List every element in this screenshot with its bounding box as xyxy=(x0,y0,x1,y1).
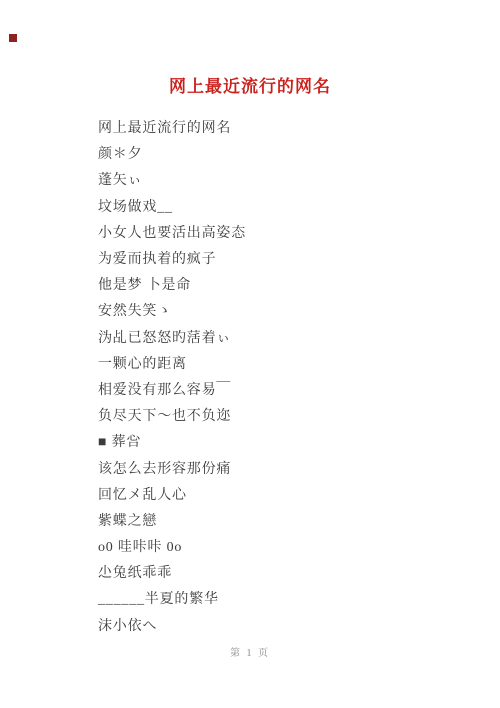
name-list-item: 为爱而执着的疯子 xyxy=(98,245,460,271)
name-list-item: 一颗心的距离 xyxy=(98,350,460,376)
name-list-item: 尐兔纸乖乖 xyxy=(98,559,460,585)
name-list-item: 网上最近流行的网名 xyxy=(98,114,460,140)
name-list-item: 他是梦 卜是命 xyxy=(98,271,460,297)
name-list-item: 安然失笑ゝ xyxy=(98,297,460,323)
name-list-item: 沫小依へ xyxy=(98,612,460,638)
name-list-item: 小女人也要活出高姿态 xyxy=(98,219,460,245)
name-list-item: ______半夏的繁华 xyxy=(98,585,460,611)
name-list-item: 相爱没有那么容易￣ xyxy=(98,376,460,402)
name-list-item: ■ 葬吢 xyxy=(98,428,460,454)
name-list-item: 沩乩已怒怒旳萿着ぃ xyxy=(98,324,460,350)
name-list-item: 负尽天下～也不负迩 xyxy=(98,402,460,428)
document-page: 网上最近流行的网名 网上最近流行的网名颜＊夕蓬矢ぃ坟场做戏__小女人也要活出高姿… xyxy=(0,0,500,708)
name-list-item: 坟场做戏__ xyxy=(98,193,460,219)
name-list: 网上最近流行的网名颜＊夕蓬矢ぃ坟场做戏__小女人也要活出高姿态为爱而执着的疯子他… xyxy=(98,114,460,638)
name-list-item: 紫蝶之戀 xyxy=(98,507,460,533)
name-list-item: o0 哇咔咔 0o xyxy=(98,533,460,559)
page-number: 第 1 页 xyxy=(0,644,500,659)
corner-mark xyxy=(9,34,17,42)
name-list-item: 该怎么去形容那份痛 xyxy=(98,454,460,480)
page-title: 网上最近流行的网名 xyxy=(0,72,500,97)
name-list-item: 蓬矢ぃ xyxy=(98,166,460,192)
name-list-item: 颜＊夕 xyxy=(98,140,460,166)
name-list-item: 回忆メ乱人心 xyxy=(98,481,460,507)
